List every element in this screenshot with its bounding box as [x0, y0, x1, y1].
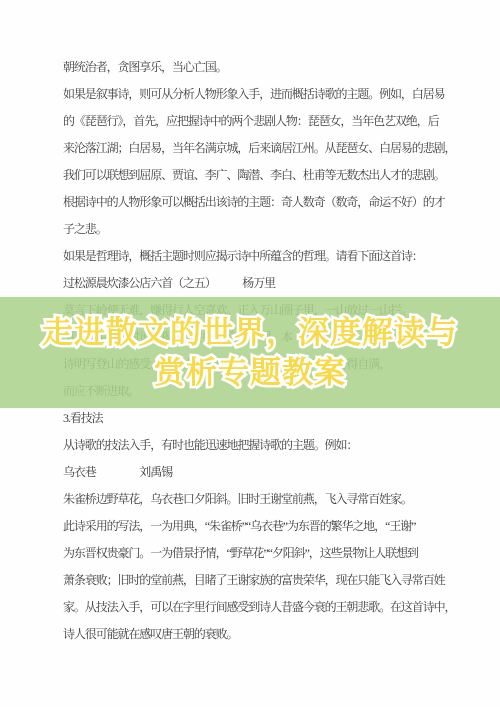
doc-line: 如果是哲理诗，概括主题时则应揭示诗中所蕴含的哲理。请看下面这首诗：: [63, 243, 443, 270]
doc-line: 从诗歌的技法入手，有时也能迅速地把握诗歌的主题。例如：: [63, 432, 443, 459]
doc-line: 家。从技法入手，可以在字里行间感受到诗人昔盛今衰的王朝悲歌。在这首诗中，: [63, 594, 443, 621]
doc-line: 朝统治者，贪图享乐，当心亡国。: [63, 54, 443, 81]
overlay-title-line2: 赏析专题教案: [42, 353, 458, 393]
doc-line: 我们可以联想到屈原、贾谊、李广、陶潜、李白、杜甫等无数杰出人才的悲剧。: [63, 162, 443, 189]
doc-line-section-heading: 3.看技法: [63, 405, 443, 432]
doc-line: 根据诗中的人物形象可以概括出该诗的主题：奇人数奇（数奇，命运不好）的才: [63, 189, 443, 216]
doc-line: 为东晋权贵豪门。一为借景抒情，“野草花”“夕阳斜”，这些景物让人联想到: [63, 540, 443, 567]
doc-line-poem-title: 乌衣巷 刘禹锡: [63, 459, 443, 486]
title-overlay-band: 走进散文的世界，深度解读与 赏析专题教案: [0, 297, 500, 408]
doc-line: 如果是叙事诗，则可从分析人物形象入手，进而概括诗歌的主题。例如，白居易: [63, 81, 443, 108]
doc-line: 来沦落江湖；白居易，当年名满京城，后来谪居江州。从琵琶女、白居易的悲剧，: [63, 135, 443, 162]
overlay-title-line1: 走进散文的世界，深度解读与: [42, 313, 458, 353]
doc-line-poem-title: 过松源晨炊漆公店六首（之五） 杨万里: [63, 270, 443, 297]
document-page: 朝统治者，贪图享乐，当心亡国。 如果是叙事诗，则可从分析人物形象入手，进而概括诗…: [0, 0, 500, 707]
doc-line: 诗人很可能就在感叹唐王朝的衰败。: [63, 621, 443, 648]
overlay-title: 走进散文的世界，深度解读与 赏析专题教案: [42, 313, 458, 393]
doc-line: 的《琵琶行》，首先，应把握诗中的两个悲剧人物：琵琶女，当年色艺双绝，后: [63, 108, 443, 135]
doc-line-poem: 朱雀桥边野草花，乌衣巷口夕阳斜。旧时王谢堂前燕，飞入寻常百姓家。: [63, 486, 443, 513]
doc-line: 此诗采用的写法，一为用典，“朱雀桥”“乌衣巷”为东晋的繁华之地，“王谢”: [63, 513, 443, 540]
doc-line: 子之悲。: [63, 216, 443, 243]
doc-line: 萧条衰败；旧时的堂前燕，目睹了王谢家族的富贵荣华，现在只能飞入寻常百姓: [63, 567, 443, 594]
